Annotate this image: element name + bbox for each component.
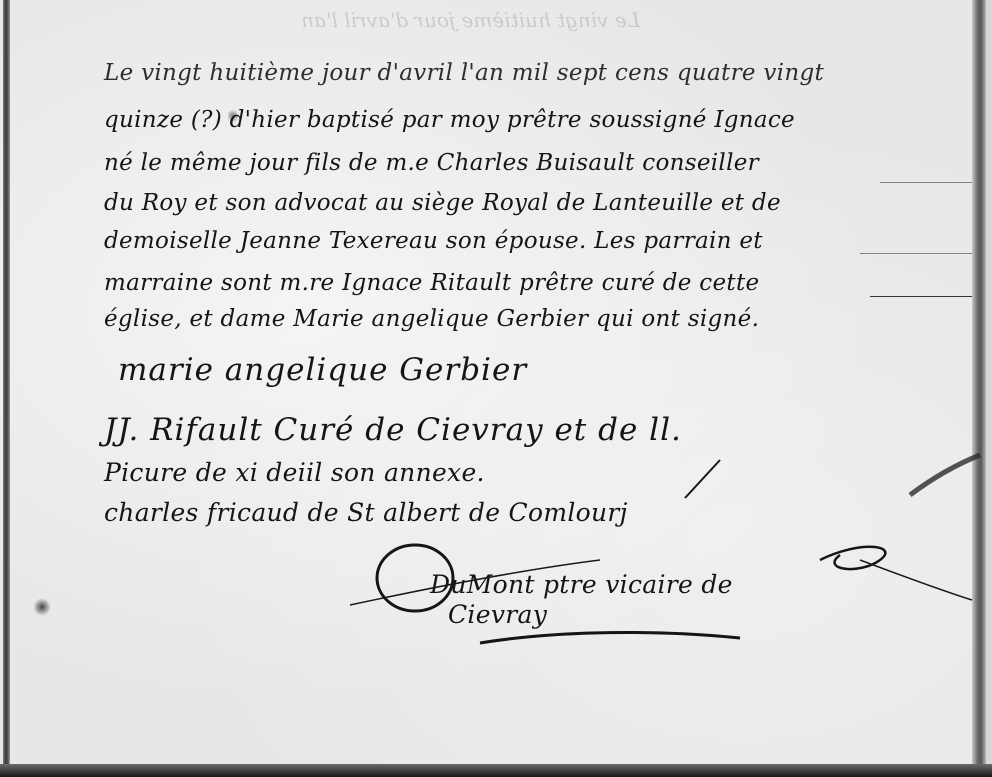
scanned-register-page: Le vingt huitième jour d'avril l'an Le v… — [0, 0, 992, 777]
signature-flourish — [0, 0, 992, 777]
